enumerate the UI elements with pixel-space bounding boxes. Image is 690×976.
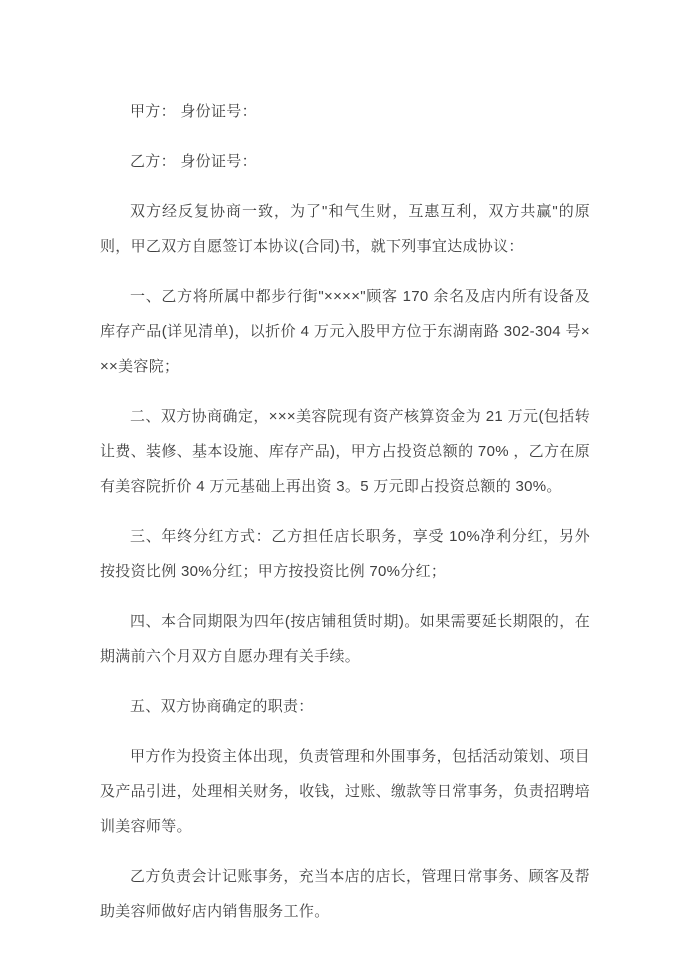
paragraph: 一、乙方将所属中都步行街"××××"顾客 170 余名及店内所有设备及库存产品(…	[100, 279, 590, 384]
paragraph: 四、本合同期限为四年(按店铺租赁时期)。如果需要延长期限的，在期满前六个月双方自…	[100, 604, 590, 674]
paragraph: 三、年终分红方式：乙方担任店长职务，享受 10%净利分红，另外按投资比例 30%…	[100, 519, 590, 589]
paragraph: 甲方作为投资主体出现，负责管理和外围事务，包括活动策划、项目及产品引进，处理相关…	[100, 739, 590, 844]
paragraph: 乙方： 身份证号：	[100, 144, 590, 179]
paragraph: 甲方： 身份证号：	[100, 94, 590, 129]
paragraph: 双方经反复协商一致，为了"和气生财，互惠互利，双方共赢"的原则，甲乙双方自愿签订…	[100, 194, 590, 264]
paragraph: 乙方负责会计记账事务，充当本店的店长，管理日常事务、顾客及帮助美容师做好店内销售…	[100, 859, 590, 929]
paragraph: 五、双方协商确定的职责：	[100, 689, 590, 724]
document-body: 甲方： 身份证号：乙方： 身份证号：双方经反复协商一致，为了"和气生财，互惠互利…	[100, 94, 590, 929]
paragraph: 二、双方协商确定，×××美容院现有资产核算资金为 21 万元(包括转让费、装修、…	[100, 399, 590, 504]
document-page: 甲方： 身份证号：乙方： 身份证号：双方经反复协商一致，为了"和气生财，互惠互利…	[0, 0, 690, 976]
